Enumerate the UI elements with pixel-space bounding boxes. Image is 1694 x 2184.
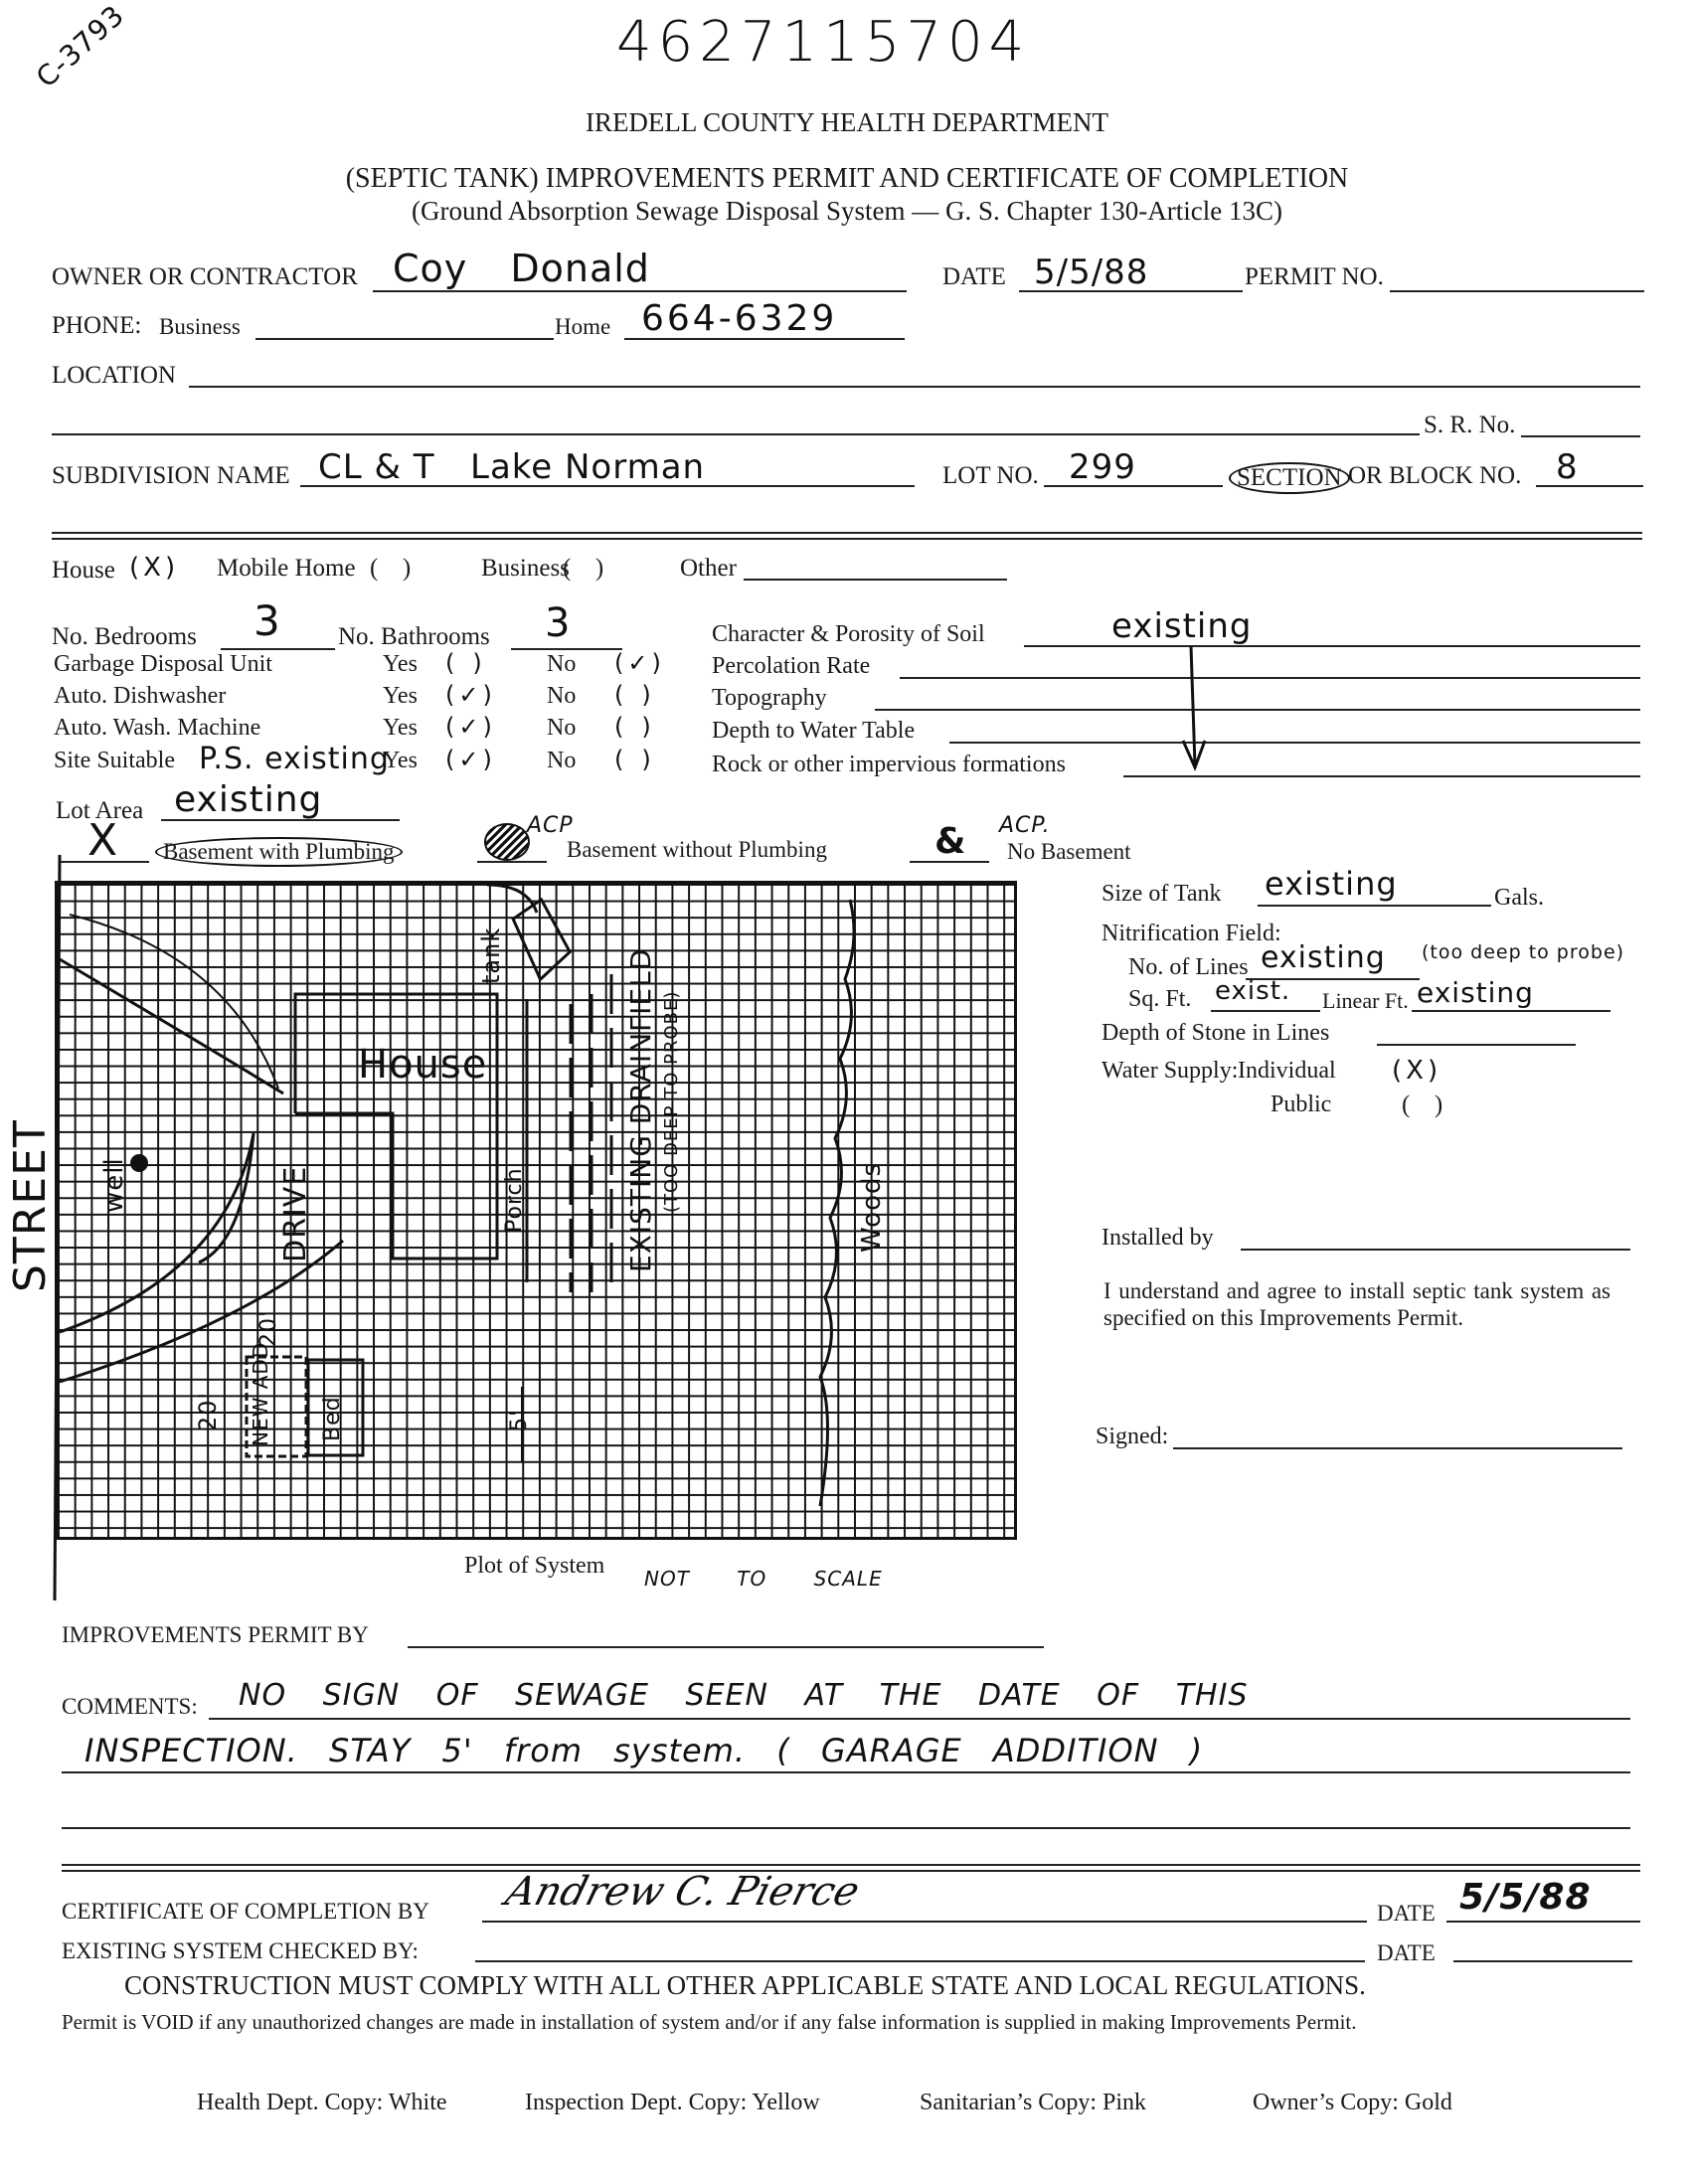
business-checkbox[interactable]: ( ) xyxy=(563,555,607,583)
void-notice: Permit is VOID if any unauthorized chang… xyxy=(62,2010,1493,2034)
compliance-notice: CONSTRUCTION MUST COMPLY WITH ALL OTHER … xyxy=(124,1970,1366,2001)
soil-item-label: Percolation Rate xyxy=(712,653,870,680)
water-public-checkbox[interactable]: ( ) xyxy=(1402,1092,1446,1119)
soil-item-field[interactable] xyxy=(900,677,1640,679)
location-label: LOCATION xyxy=(52,362,176,390)
lines-note: (too deep to probe) xyxy=(1422,942,1660,962)
soil-item-label: Rock or other impervious formations xyxy=(712,752,1066,778)
bathrooms-value: 3 xyxy=(545,600,571,646)
form-title: (SEPTIC TANK) IMPROVEMENTS PERMIT AND CE… xyxy=(0,163,1694,195)
bedrooms-value: 3 xyxy=(254,596,281,645)
feature-no-label: No xyxy=(547,748,576,774)
signed-label: Signed: xyxy=(1096,1424,1168,1450)
certificate-signature-field[interactable] xyxy=(482,1921,1367,1923)
feature-yes-label: Yes xyxy=(383,651,418,678)
plot-label-drainfield: EXISTING DRAINFIELD xyxy=(624,948,657,1272)
water-supply-label: Water Supply: xyxy=(1101,1058,1238,1085)
plot-label-dim-5: 5' xyxy=(507,1410,532,1431)
subdivision-value: CL & T Lake Norman xyxy=(318,447,705,487)
soil-item-field[interactable] xyxy=(875,709,1640,711)
business-label: Business xyxy=(481,555,570,583)
mobile-home-checkbox[interactable]: ( ) xyxy=(370,555,415,583)
copy-label: Health Dept. Copy: White xyxy=(197,2090,447,2116)
linear-ft-value: existing xyxy=(1417,976,1534,1009)
soil-item-label: Character & Porosity of Soil xyxy=(712,621,985,648)
plot-label-new-addition: NEW ADD xyxy=(249,1342,272,1446)
agency-name: IREDELL COUNTY HEALTH DEPARTMENT xyxy=(0,107,1694,138)
block-no-field[interactable] xyxy=(1536,485,1643,487)
plot-label-well: well xyxy=(99,1157,129,1213)
installed-by-field[interactable] xyxy=(1241,1249,1630,1251)
phone-business-field[interactable] xyxy=(255,338,554,340)
comments-line-1[interactable] xyxy=(209,1718,1630,1720)
feature-yes-label: Yes xyxy=(383,715,418,742)
scribble-mark-icon xyxy=(484,823,530,861)
basement-with-plumbing-mark: X xyxy=(87,815,118,866)
improvements-permit-label: IMPROVEMENTS PERMIT BY xyxy=(62,1622,369,1648)
no-basement-mark: & xyxy=(934,821,966,862)
soil-existing-value: existing xyxy=(1111,606,1253,646)
soil-item-field[interactable] xyxy=(949,742,1640,744)
feature-yes-checkbox[interactable]: (✓) xyxy=(445,746,496,773)
owner-value: Coy Donald xyxy=(393,247,650,290)
phone-home-label: Home xyxy=(555,314,610,340)
house-label: House xyxy=(52,557,115,585)
owner-label: OWNER OR CONTRACTOR xyxy=(52,263,358,291)
lot-no-label: LOT NO. xyxy=(942,462,1039,490)
sr-no-label: S. R. No. xyxy=(1424,412,1515,439)
sqft-label: Sq. Ft. xyxy=(1128,986,1191,1013)
handwritten-document-id: 4627115704 xyxy=(616,10,1030,75)
sqft-field[interactable] xyxy=(1211,1010,1320,1012)
installed-by-label: Installed by xyxy=(1101,1225,1214,1252)
feature-yes-mark: ✓ xyxy=(458,681,482,709)
feature-no-checkbox[interactable]: (✓) xyxy=(614,649,665,677)
section-divider xyxy=(52,532,1642,540)
existing-date-field[interactable] xyxy=(1453,1960,1632,1962)
plot-label-porch: Porch xyxy=(502,1167,527,1233)
plot-caption: Plot of System xyxy=(464,1553,604,1580)
feature-yes-checkbox[interactable]: () xyxy=(445,649,486,677)
water-individual-mark: X xyxy=(1406,1056,1428,1086)
water-individual-checkbox[interactable]: (X) xyxy=(1392,1056,1441,1086)
comments-text-1: NO SIGN OF SEWAGE SEEN AT THE DATE OF TH… xyxy=(239,1678,1248,1713)
block-no-value: 8 xyxy=(1556,447,1579,487)
soil-item-label: Topography xyxy=(712,685,827,712)
mobile-home-label: Mobile Home xyxy=(217,555,356,583)
house-mark: X xyxy=(143,553,165,583)
no-basement-label: No Basement xyxy=(1007,839,1131,865)
plot-label-dim-20b: 20' xyxy=(256,1310,281,1347)
bedrooms-field[interactable] xyxy=(221,648,335,650)
plot-caption-note: NOT TO SCALE xyxy=(644,1567,883,1591)
feature-no-checkbox[interactable]: () xyxy=(614,713,655,741)
house-checkbox[interactable]: (X) xyxy=(129,553,179,583)
certificate-date-label: DATE xyxy=(1377,1901,1436,1927)
water-public-label: Public xyxy=(1270,1092,1331,1118)
feature-no-mark: ✓ xyxy=(627,649,651,677)
basement-without-plumbing-blank[interactable] xyxy=(477,861,547,863)
feature-yes-checkbox[interactable]: (✓) xyxy=(445,681,496,709)
feature-no-checkbox[interactable]: () xyxy=(614,746,655,773)
permit-no-label: PERMIT NO. xyxy=(1245,263,1384,291)
linear-ft-field[interactable] xyxy=(1412,1010,1610,1012)
no-basement-note: ACP. xyxy=(999,813,1051,838)
nitrification-label: Nitrification Field: xyxy=(1101,921,1281,947)
location-field-line2[interactable] xyxy=(52,433,1420,435)
bathrooms-field[interactable] xyxy=(511,648,622,650)
feature-yes-label: Yes xyxy=(383,683,418,710)
plot-label-dim-20a: 20' xyxy=(194,1392,222,1431)
phone-business-label: Business xyxy=(159,314,241,340)
plot-label-drive: DRIVE xyxy=(278,1166,313,1262)
feature-no-label: No xyxy=(547,683,576,710)
stone-depth-field[interactable] xyxy=(1377,1044,1576,1046)
tank-size-value: existing xyxy=(1265,865,1398,903)
feature-yes-checkbox[interactable]: (✓) xyxy=(445,713,496,741)
plot-label-street: STREET xyxy=(5,1119,56,1292)
other-field[interactable] xyxy=(744,579,1007,581)
form-subtitle: (Ground Absorption Sewage Disposal Syste… xyxy=(0,196,1694,227)
signed-field[interactable] xyxy=(1173,1447,1622,1449)
plot-label-wooded: Woods xyxy=(857,1162,887,1253)
block-no-label: OR BLOCK NO. xyxy=(1348,462,1521,490)
sqft-value: exist. xyxy=(1215,976,1290,1006)
bedrooms-label: No. Bedrooms xyxy=(52,623,197,651)
agreement-text: I understand and agree to install septic… xyxy=(1103,1277,1610,1331)
phone-label: PHONE: xyxy=(52,312,141,340)
plot-label-tank: tank xyxy=(477,927,505,984)
comments-line-2[interactable] xyxy=(62,1771,1630,1773)
bathrooms-label: No. Bathrooms xyxy=(338,623,490,651)
basement-without-plumbing-note: ACP xyxy=(527,813,574,838)
other-label: Other xyxy=(680,555,737,583)
soil-item-label: Depth to Water Table xyxy=(712,718,915,745)
comments-label: COMMENTS: xyxy=(62,1694,198,1720)
feature-yes-mark: ✓ xyxy=(458,713,482,741)
copy-label: Owner’s Copy: Gold xyxy=(1253,2090,1452,2116)
plot-label-drainfield-note: (TOO DEEP TO PROBE) xyxy=(661,991,682,1213)
tank-size-field[interactable] xyxy=(1258,905,1491,907)
lot-area-value: existing xyxy=(174,779,322,820)
tank-size-label: Size of Tank xyxy=(1101,881,1222,908)
location-field[interactable] xyxy=(189,386,1640,388)
feature-label: Garbage Disposal Unit xyxy=(54,651,272,678)
feature-no-label: No xyxy=(547,715,576,742)
comments-text-2: INSPECTION. STAY 5' from system. ( GARAG… xyxy=(85,1732,1203,1769)
plot-label-house: House xyxy=(358,1042,487,1088)
site-suitable-annotation: P.S. existing xyxy=(199,742,390,776)
feature-no-checkbox[interactable]: () xyxy=(614,681,655,709)
feature-yes-mark: ✓ xyxy=(458,746,482,773)
soil-item-field[interactable] xyxy=(1123,775,1640,777)
stone-depth-label: Depth of Stone in Lines xyxy=(1101,1020,1329,1047)
feature-label: Auto. Dishwasher xyxy=(54,683,226,710)
certificate-label: CERTIFICATE OF COMPLETION BY xyxy=(62,1899,429,1925)
feature-no-label: No xyxy=(547,651,576,678)
basement-without-plumbing-label: Basement without Plumbing xyxy=(567,837,827,863)
existing-date-label: DATE xyxy=(1377,1940,1436,1966)
date-value: 5/5/88 xyxy=(1034,252,1148,292)
permit-no-field[interactable] xyxy=(1390,290,1644,292)
sr-no-field[interactable] xyxy=(1521,435,1640,437)
existing-checked-field[interactable] xyxy=(475,1960,1365,1962)
owner-field[interactable] xyxy=(373,290,907,292)
phone-home-value: 664-6329 xyxy=(641,298,837,339)
lines-value: existing xyxy=(1261,940,1386,975)
subdivision-label: SUBDIVISION NAME xyxy=(52,462,290,490)
certificate-date-field[interactable] xyxy=(1446,1921,1640,1923)
certificate-signature: Andrew C. Pierce xyxy=(501,1869,865,1915)
improvements-permit-field[interactable] xyxy=(408,1646,1044,1648)
water-individual-label: Individual xyxy=(1238,1058,1336,1085)
section-label[interactable]: SECTION xyxy=(1229,462,1350,494)
margin-note: C-3793 xyxy=(30,0,131,94)
comments-line-3[interactable] xyxy=(62,1827,1630,1829)
linear-ft-label: Linear Ft. xyxy=(1322,988,1409,1014)
copy-label: Sanitarian’s Copy: Pink xyxy=(920,2090,1146,2116)
feature-label: Auto. Wash. Machine xyxy=(54,715,260,742)
lot-no-value: 299 xyxy=(1069,447,1136,487)
certificate-date-value: 5/5/88 xyxy=(1459,1877,1592,1918)
copy-label: Inspection Dept. Copy: Yellow xyxy=(525,2090,820,2116)
feature-label: Site Suitable xyxy=(54,748,175,774)
basement-with-plumbing-label[interactable]: Basement with Plumbing xyxy=(155,837,403,867)
date-label: DATE xyxy=(942,263,1006,291)
tank-gals-label: Gals. xyxy=(1494,885,1544,912)
existing-checked-label: EXISTING SYSTEM CHECKED BY: xyxy=(62,1938,419,1964)
plot-label-bed: Bed xyxy=(320,1396,345,1441)
